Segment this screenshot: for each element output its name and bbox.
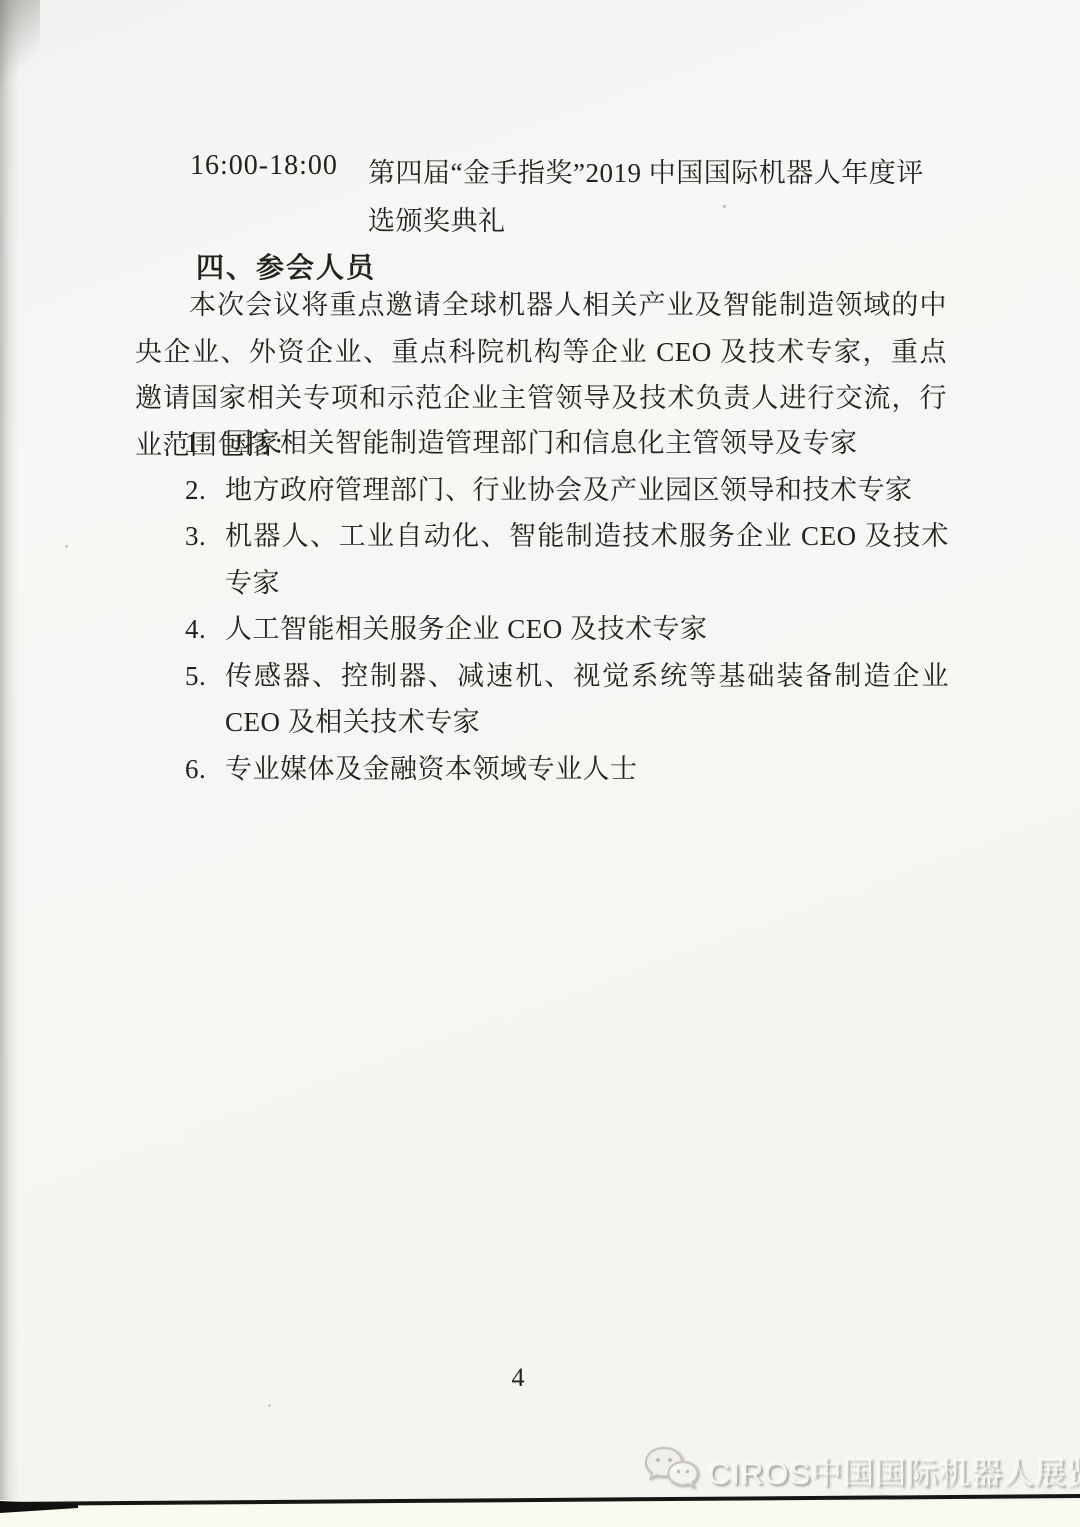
schedule-event-title-line2: 选颁奖典礼: [368, 199, 506, 238]
list-item: 2. 地方政府管理部门、行业协会及产业园区领导和技术专家: [185, 467, 949, 514]
list-item-text: 人工智能相关服务企业 CEO 及技术专家: [225, 606, 949, 653]
list-item-text: 专业媒体及金融资本领域专业人士: [225, 746, 949, 793]
page-number: 4: [0, 1363, 1058, 1393]
list-item: 3. 机器人、工业自动化、智能制造技术服务企业 CEO 及技术专家: [185, 513, 949, 606]
schedule-time: 16:00-18:00: [190, 150, 338, 182]
list-item-number: 6.: [185, 746, 225, 793]
list-item: 1. 国家相关智能制造管理部门和信息化主管领导及专家: [185, 420, 949, 467]
attendee-list: 1. 国家相关智能制造管理部门和信息化主管领导及专家 2. 地方政府管理部门、行…: [185, 420, 949, 792]
scan-speckles: [723, 205, 726, 208]
watermark: CIROS中国国际机器人展览会: [642, 1444, 1080, 1497]
list-item: 5. 传感器、控制器、减速机、视觉系统等基础装备制造企业 CEO 及相关技术专家: [185, 653, 949, 746]
scan-corner-shadow: [0, 0, 40, 90]
wechat-icon: [642, 1444, 700, 1497]
list-item-text: 地方政府管理部门、行业协会及产业园区领导和技术专家: [225, 467, 949, 514]
list-item-number: 5.: [185, 653, 225, 700]
list-item: 4. 人工智能相关服务企业 CEO 及技术专家: [185, 606, 949, 653]
list-item-number: 4.: [185, 606, 225, 653]
section-heading: 四、参会人员: [196, 246, 376, 286]
list-item-text: 机器人、工业自动化、智能制造技术服务企业 CEO 及技术专家: [225, 513, 949, 606]
list-item-text: 国家相关智能制造管理部门和信息化主管领导及专家: [225, 420, 949, 467]
watermark-text: CIROS中国国际机器人展览会: [708, 1448, 1080, 1493]
scanned-document-page: 16:00-18:00 第四届“金手指奖”2019 中国国际机器人年度评 选颁奖…: [0, 0, 1080, 1527]
scan-background-below-page: [0, 1501, 1080, 1527]
list-item-number: 2.: [185, 467, 225, 514]
list-item-number: 3.: [185, 513, 225, 560]
list-item-text: 传感器、控制器、减速机、视觉系统等基础装备制造企业 CEO 及相关技术专家: [225, 653, 949, 746]
list-item-number: 1.: [185, 420, 225, 467]
scan-edge-shadow: [0, 0, 22, 1500]
schedule-event-title-line1: 第四届“金手指奖”2019 中国国际机器人年度评: [368, 151, 924, 190]
list-item: 6. 专业媒体及金融资本领域专业人士: [185, 746, 949, 793]
